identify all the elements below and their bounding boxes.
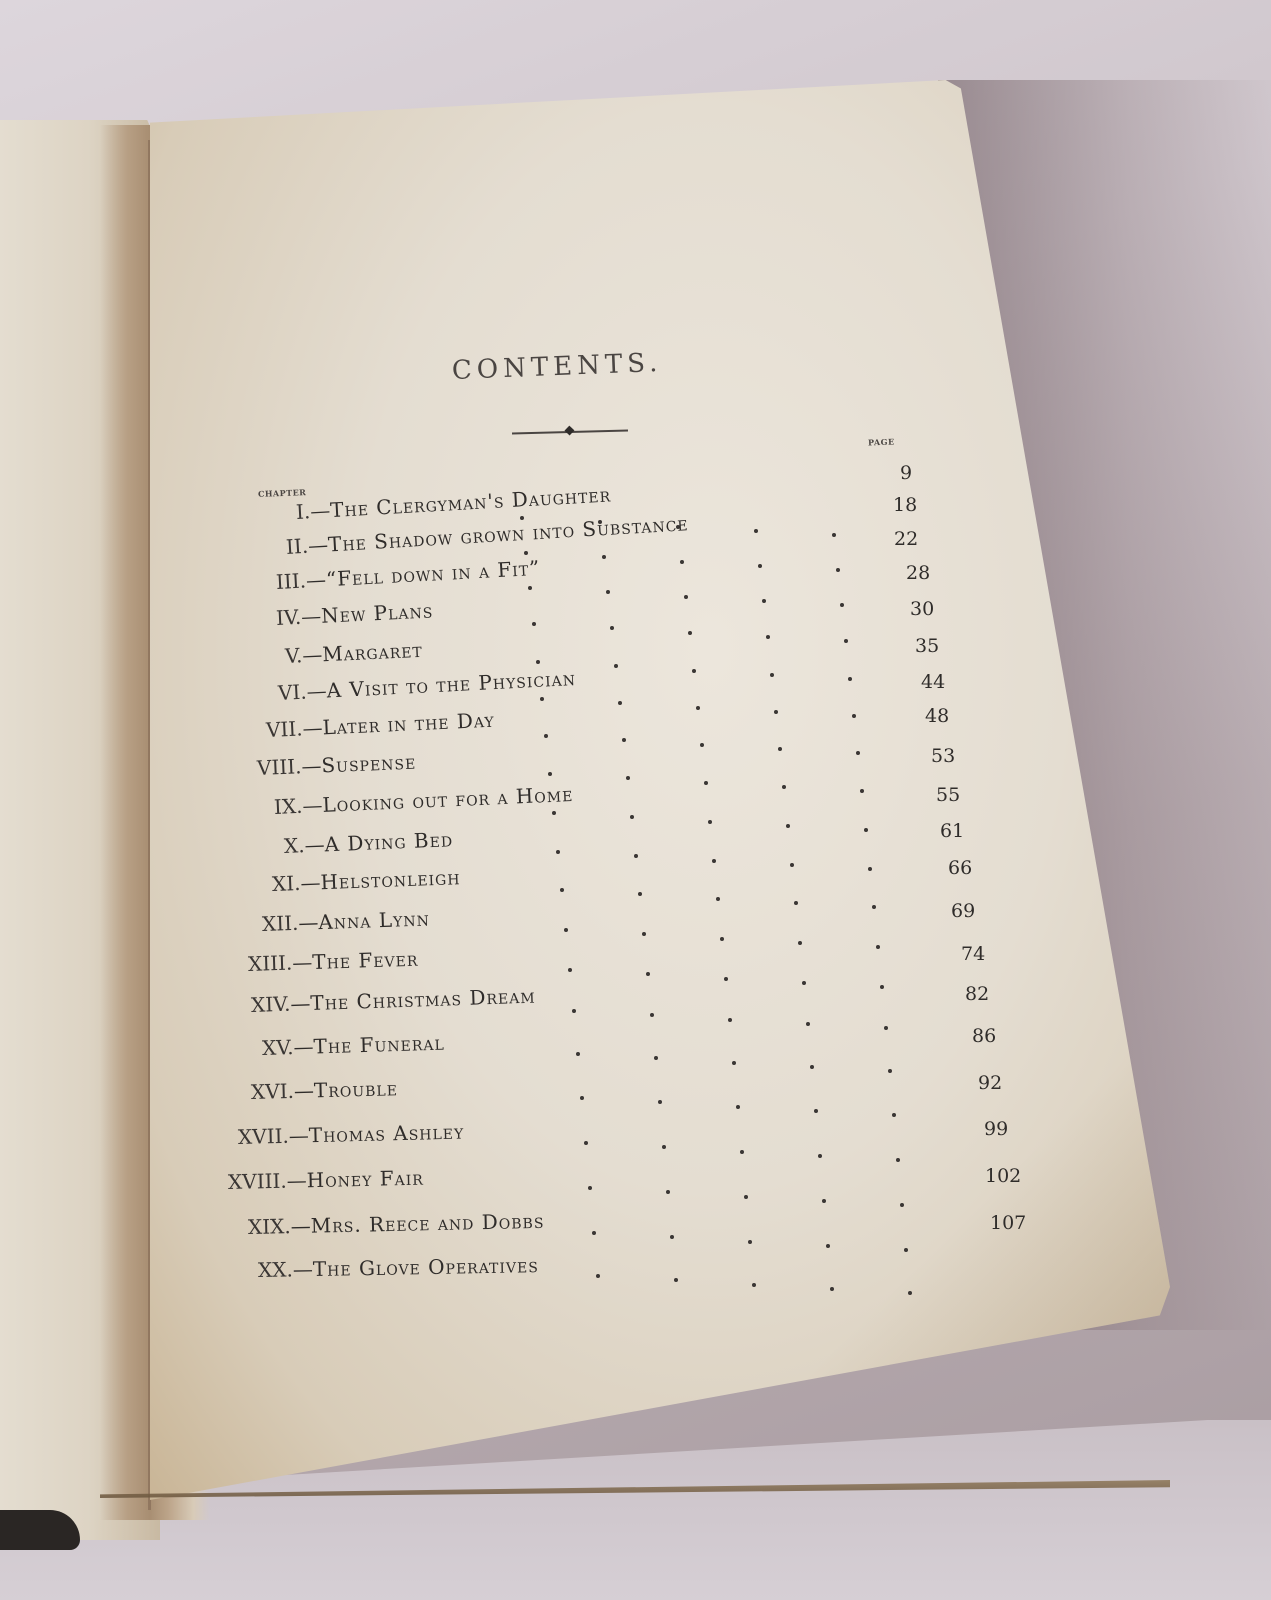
leader-dot: [728, 1018, 732, 1022]
chapter-title: Helstonleigh: [320, 865, 461, 894]
chapter-page-number: 48: [925, 705, 949, 727]
leader-dot: [778, 747, 782, 751]
toc-entry: X.—A Dying Bed: [284, 827, 454, 858]
leader-dot: [766, 635, 770, 639]
leader-dot: [758, 564, 762, 568]
leader-dot: [810, 1065, 814, 1069]
em-dash: —: [292, 950, 313, 975]
chapter-page-number: 69: [951, 900, 975, 922]
leader-dot: [606, 590, 610, 594]
chapter-title: The Clergyman's Daughter: [330, 482, 612, 522]
leader-dot: [856, 751, 860, 755]
leader-dot: [860, 789, 864, 793]
leader-dot: [782, 785, 786, 789]
em-dash: —: [298, 910, 319, 935]
chapter-numeral: XII.: [262, 911, 299, 936]
page-title: CONTENTS.: [451, 348, 663, 386]
leader-dot: [666, 1190, 670, 1194]
chapter-page-number: 66: [948, 857, 972, 879]
chapter-page-number: 102: [985, 1165, 1021, 1187]
chapter-title: New Plans: [321, 598, 434, 627]
em-dash: —: [302, 715, 323, 740]
leader-dot: [532, 622, 536, 626]
em-dash: —: [302, 793, 323, 818]
chapter-title: The Christmas Dream: [310, 984, 536, 1015]
chapter-page-number: 55: [936, 784, 960, 806]
leader-dot: [830, 1287, 834, 1291]
preface-page-number: 9: [900, 462, 912, 484]
toc-entry: IX.—Looking out for a Home: [273, 782, 573, 819]
leader-dot: [732, 1061, 736, 1065]
leader-dot: [896, 1158, 900, 1162]
leader-dot: [774, 710, 778, 714]
chapter-numeral: XVII.: [238, 1124, 289, 1149]
em-dash: —: [289, 1123, 310, 1147]
chapter-numeral: IV.: [275, 605, 301, 630]
leader-dot: [642, 932, 646, 936]
toc-entry: VII.—Later in the Day: [265, 708, 495, 742]
chapter-title: Looking out for a Home: [322, 782, 574, 817]
leader-dot: [638, 892, 642, 896]
leader-dot: [560, 888, 564, 892]
toc-entry: XIX.—Mrs. Reece and Dobbs: [248, 1209, 545, 1239]
diamond-ornament-icon: [565, 426, 575, 436]
chapter-title: Thomas Ashley: [309, 1119, 465, 1147]
chapter-page-number: 92: [978, 1072, 1002, 1094]
leader-dot: [630, 815, 634, 819]
chapter-title: Margaret: [322, 638, 424, 667]
chapter-numeral: VI.: [277, 680, 307, 705]
leader-dot: [880, 985, 884, 989]
em-dash: —: [301, 753, 322, 778]
em-dash: —: [302, 642, 323, 667]
leader-dot: [794, 901, 798, 905]
em-dash: —: [293, 1257, 313, 1281]
chapter-numeral: XI.: [272, 871, 301, 896]
chapter-page-number: 35: [915, 635, 939, 657]
leader-dot: [646, 972, 650, 976]
leader-dot: [536, 660, 540, 664]
leader-dot: [614, 664, 618, 668]
leader-dot: [704, 781, 708, 785]
leader-dot: [688, 631, 692, 635]
chapter-page-number: 53: [931, 745, 955, 767]
em-dash: —: [305, 567, 326, 592]
chapter-title: “Fell down in a Fit”: [325, 556, 541, 592]
page-column-label: PAGE: [868, 437, 895, 448]
em-dash: —: [294, 1078, 315, 1103]
chapter-page-number: 99: [984, 1118, 1008, 1140]
chapter-column-label: CHAPTER: [258, 487, 307, 499]
leader-dot: [592, 1231, 596, 1235]
leader-dot: [576, 1052, 580, 1056]
leader-dot: [864, 828, 868, 832]
em-dash: —: [286, 1168, 307, 1192]
leader-dot: [736, 1105, 740, 1109]
chapter-page-number: 28: [906, 562, 930, 584]
chapter-title: The Glove Operatives: [313, 1253, 539, 1281]
leader-dot: [552, 811, 556, 815]
leader-dot: [568, 968, 572, 972]
leader-dot: [548, 772, 552, 776]
leader-dot: [908, 1291, 912, 1295]
chapter-title: A Visit to the Physician: [326, 666, 576, 703]
leader-dot: [524, 551, 528, 555]
leader-dot: [654, 1056, 658, 1060]
chapter-title: The Funeral: [313, 1031, 445, 1059]
chapter-numeral: XIX.: [248, 1214, 291, 1239]
leader-dot: [832, 533, 836, 537]
em-dash: —: [304, 832, 325, 857]
leader-dot: [818, 1154, 822, 1158]
chapter-numeral: XIV.: [251, 992, 291, 1017]
leader-dot: [754, 529, 758, 533]
leader-dot: [610, 626, 614, 630]
leader-dot: [770, 673, 774, 677]
toc-entry: IV.—New Plans: [275, 598, 433, 630]
chapter-numeral: IX.: [273, 794, 303, 819]
toc-entry: XVII.—Thomas Ashley: [238, 1119, 465, 1149]
toc-entry: XV.—The Funeral: [262, 1031, 445, 1060]
leader-dot: [544, 734, 548, 738]
leader-dot: [900, 1203, 904, 1207]
chapter-numeral: III.: [275, 568, 306, 594]
leader-dot: [762, 599, 766, 603]
leader-dot: [700, 743, 704, 747]
leader-dot: [884, 1026, 888, 1030]
leader-dot: [540, 697, 544, 701]
chapter-numeral: XIII.: [248, 951, 293, 976]
chapter-title: Mrs. Reece and Dobbs: [310, 1209, 544, 1238]
leader-dot: [790, 863, 794, 867]
leader-dot: [786, 824, 790, 828]
leader-dot: [622, 738, 626, 742]
leader-dot: [692, 669, 696, 673]
leader-dot: [674, 1278, 678, 1282]
em-dash: —: [310, 498, 331, 523]
chapter-numeral: XVIII.: [228, 1169, 287, 1194]
chapter-numeral: VII.: [265, 716, 303, 742]
toc-entry: XIII.—The Fever: [248, 947, 419, 976]
chapter-page-number: 30: [910, 598, 934, 620]
chapter-page-number: 74: [961, 943, 985, 965]
leader-dot: [840, 603, 844, 607]
leader-dot: [848, 677, 852, 681]
leader-dot: [748, 1240, 752, 1244]
toc-entry: XII.—Anna Lynn: [262, 906, 431, 936]
leader-dot: [752, 1283, 756, 1287]
chapter-numeral: X.: [284, 833, 306, 858]
leader-dot: [602, 555, 606, 559]
chapter-title: Later in the Day: [322, 708, 495, 740]
em-dash: —: [293, 1034, 314, 1059]
chapter-numeral: XV.: [262, 1035, 294, 1060]
leader-dot: [588, 1186, 592, 1190]
ornament-divider: [512, 423, 628, 440]
leader-dot: [634, 854, 638, 858]
toc-entry: VIII.—Suspense: [257, 750, 417, 780]
leader-dot: [904, 1248, 908, 1252]
chapter-page-number: 44: [921, 671, 945, 693]
leader-dot: [720, 937, 724, 941]
toc-entry: XVI.—Trouble: [251, 1076, 398, 1104]
leader-dot: [806, 1022, 810, 1026]
leader-dot: [670, 1235, 674, 1239]
chapter-page-number: 61: [940, 820, 964, 842]
chapter-title: The Fever: [312, 947, 419, 974]
leader-dot: [626, 776, 630, 780]
chapter-page-number: 82: [965, 983, 989, 1005]
toc-entry: XX.—The Glove Operatives: [258, 1253, 539, 1282]
chapter-numeral: XX.: [258, 1257, 293, 1282]
leader-dot: [872, 905, 876, 909]
leader-dot: [650, 1013, 654, 1017]
leader-dot: [744, 1195, 748, 1199]
leader-dot: [618, 701, 622, 705]
contents-text-layer: CONTENTS. PAGE 9 CHAPTER I.—The Clergyma…: [0, 0, 1271, 1600]
leader-dot: [662, 1145, 666, 1149]
chapter-page-number: 18: [893, 494, 917, 516]
chapter-page-number: 22: [894, 528, 918, 550]
leader-dot: [580, 1096, 584, 1100]
em-dash: —: [290, 991, 311, 1016]
chapter-title: A Dying Bed: [324, 827, 453, 856]
toc-entry: V.—Margaret: [284, 638, 423, 668]
leader-dot: [826, 1244, 830, 1248]
chapter-title: Trouble: [314, 1076, 399, 1102]
chapter-page-number: 107: [990, 1212, 1026, 1234]
leader-dot: [844, 639, 848, 643]
leader-dot: [572, 1009, 576, 1013]
leader-dot: [596, 1274, 600, 1278]
leader-dot: [868, 867, 872, 871]
toc-entry: XVIII.—Honey Fair: [228, 1166, 424, 1194]
leader-dot: [564, 928, 568, 932]
leader-dot: [888, 1069, 892, 1073]
leader-dot: [520, 516, 524, 520]
chapter-title: Honey Fair: [306, 1166, 424, 1193]
leader-dot: [680, 560, 684, 564]
leader-dot: [822, 1199, 826, 1203]
chapter-numeral: II.: [285, 534, 309, 559]
em-dash: —: [300, 870, 321, 895]
leader-dot: [556, 850, 560, 854]
em-dash: —: [290, 1214, 310, 1238]
chapter-numeral: XVI.: [251, 1079, 295, 1104]
leader-dot: [684, 595, 688, 599]
leader-dot: [724, 977, 728, 981]
leader-dot: [658, 1100, 662, 1104]
leader-dot: [528, 586, 532, 590]
leader-dot: [708, 820, 712, 824]
toc-entry: XI.—Helstonleigh: [272, 865, 461, 896]
em-dash: —: [307, 533, 328, 558]
leader-dot: [712, 859, 716, 863]
chapter-numeral: VIII.: [257, 754, 302, 780]
leader-dot: [836, 568, 840, 572]
leader-dot: [876, 945, 880, 949]
leader-dot: [814, 1109, 818, 1113]
em-dash: —: [306, 679, 327, 704]
leader-dot: [892, 1113, 896, 1117]
leader-dot: [696, 706, 700, 710]
toc-entry: III.—“Fell down in a Fit”: [275, 556, 541, 594]
leader-dot: [584, 1141, 588, 1145]
leader-dot: [798, 941, 802, 945]
leader-dot: [716, 897, 720, 901]
leader-dot: [740, 1150, 744, 1154]
chapter-page-number: 86: [972, 1025, 996, 1047]
toc-entry: VI.—A Visit to the Physician: [277, 666, 576, 705]
leader-dot: [852, 714, 856, 718]
leader-dot: [802, 981, 806, 985]
chapter-title: Suspense: [321, 750, 417, 778]
em-dash: —: [301, 604, 322, 629]
chapter-title: Anna Lynn: [318, 906, 430, 934]
chapter-numeral: V.: [284, 643, 302, 668]
toc-entry: XIV.—The Christmas Dream: [251, 984, 536, 1017]
